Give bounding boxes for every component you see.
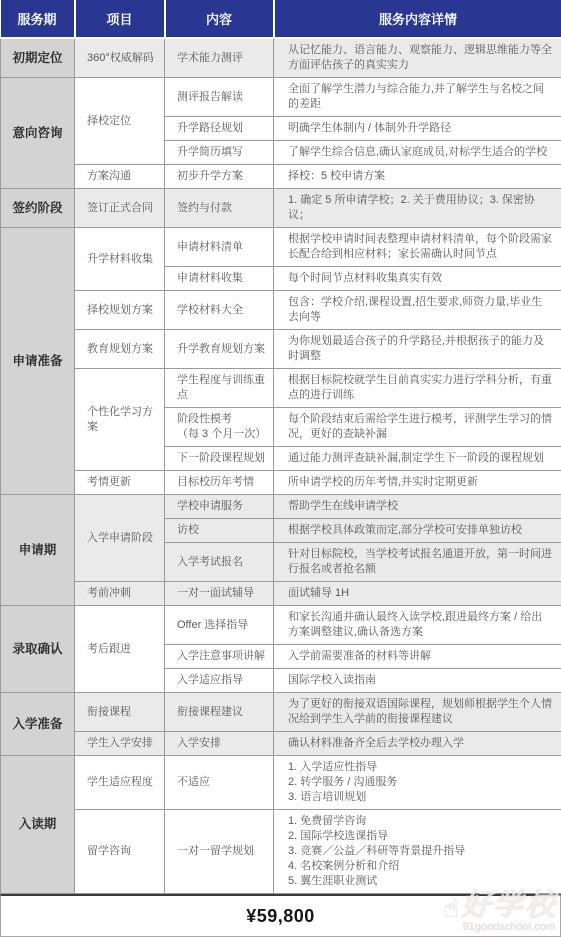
content-cell: 初步升学方案: [165, 165, 274, 189]
detail-cell: 和家长沟通并确认最终入读学校,跟进最终方案 / 给出方案调整建议,确认备选方案: [274, 606, 561, 645]
content-cell: 访校: [165, 519, 274, 543]
detail-cell: 择校：5 校申请方案: [274, 165, 561, 189]
detail-cell: 全面了解学生潜力与综合能力,并了解学生与名校之间的差距: [274, 78, 561, 117]
project-cell: 留学咨询: [75, 810, 165, 894]
content-cell: 申请材料收集: [165, 267, 274, 291]
table-row: 个性化学习方案学生程度与训练重点根据目标院校就学生目前真实实力进行学科分析，有重…: [1, 369, 561, 408]
col-header-detail: 服务内容详情: [274, 0, 561, 38]
detail-cell: 根据学校具体政策而定,部分学校可安排单独访校: [274, 519, 561, 543]
content-cell: Offer 选择指导: [165, 606, 274, 645]
detail-cell: 明确学生体制内 / 体制外升学路径: [274, 117, 561, 141]
table-row: 教育规划方案升学教育规划方案为你规划最适合孩子的升学路径,并根据孩子的能力及时调…: [1, 330, 561, 369]
period-cell: 入读期: [1, 756, 75, 894]
detail-cell: 通过能力测评查缺补漏,制定学生下一阶段的课程规划: [274, 447, 561, 471]
price-label: ¥59,800: [246, 906, 315, 927]
content-cell: 不适应: [165, 756, 274, 810]
period-cell: 意向咨询: [1, 78, 75, 189]
price-bar: ¥59,800: [0, 894, 561, 937]
project-cell: 考后跟进: [75, 606, 165, 693]
detail-cell: 了解学生综合信息,确认家庭成员,对标学生适合的学校: [274, 141, 561, 165]
detail-cell: 为你规划最适合孩子的升学路径,并根据孩子的能力及时调整: [274, 330, 561, 369]
table-row: 录取确认考后跟进Offer 选择指导和家长沟通并确认最终入读学校,跟进最终方案 …: [1, 606, 561, 645]
period-cell: 申请准备: [1, 228, 75, 495]
detail-cell: 每个时间节点材料收集真实有效: [274, 267, 561, 291]
col-header-content: 内容: [165, 0, 274, 38]
table-row: 考情更新目标校历年考情所申请学校的历年考情,并实时定期更新: [1, 471, 561, 495]
content-cell: 签约与付款: [165, 189, 274, 228]
detail-cell: 每个阶段结束后需给学生进行模考，评测学生学习的情况，更好的查缺补漏: [274, 408, 561, 447]
project-cell: 衔接课程: [75, 693, 165, 732]
period-cell: 入学准备: [1, 693, 75, 756]
service-plan-table: 服务期 项目 内容 服务内容详情 初期定位360°权威解码学术能力测评从记忆能力…: [0, 0, 561, 894]
table-row: 入学准备衔接课程衔接课程建议为了更好的衔接双语国际课程，规划师根据学生个人情况给…: [1, 693, 561, 732]
project-cell: 入学申请阶段: [75, 495, 165, 582]
project-cell: 学生适应程度: [75, 756, 165, 810]
table-row: 意向咨询择校定位测评报告解读全面了解学生潜力与综合能力,并了解学生与名校之间的差…: [1, 78, 561, 117]
content-cell: 阶段性模考 （每 3 个月一次）: [165, 408, 274, 447]
project-cell: 个性化学习方案: [75, 369, 165, 471]
content-cell: 目标校历年考情: [165, 471, 274, 495]
detail-cell: 1. 入学适应性指导 2. 转学服务 / 沟通服务 3. 语言培训规划: [274, 756, 561, 810]
content-cell: 一对一留学规划: [165, 810, 274, 894]
detail-cell: 根据学校申请时间表整理申请材料清单，每个阶段需家长配合给到相应材料；家长需确认时…: [274, 228, 561, 267]
col-header-project: 项目: [75, 0, 165, 38]
table-row: 学生入学安排入学安排确认材料准备齐全后去学校办理入学: [1, 732, 561, 756]
content-cell: 入学注意事项讲解: [165, 645, 274, 669]
header-row: 服务期 项目 内容 服务内容详情: [1, 0, 561, 38]
content-cell: 申请材料清单: [165, 228, 274, 267]
project-cell: 教育规划方案: [75, 330, 165, 369]
detail-cell: 国际学校入读指南: [274, 669, 561, 693]
table-row: 入读期学生适应程度不适应1. 入学适应性指导 2. 转学服务 / 沟通服务 3.…: [1, 756, 561, 810]
period-cell: 录取确认: [1, 606, 75, 693]
detail-cell: 根据目标院校就学生目前真实实力进行学科分析，有重点的进行训练: [274, 369, 561, 408]
col-header-service-period: 服务期: [1, 0, 75, 38]
project-cell: 360°权威解码: [75, 38, 165, 78]
content-cell: 测评报告解读: [165, 78, 274, 117]
project-cell: 择校定位: [75, 78, 165, 165]
content-cell: 学校申请服务: [165, 495, 274, 519]
detail-cell: 针对目标院校，当学校考试报名通道开放，第一时间进行报名或者抢名额: [274, 543, 561, 582]
content-cell: 衔接课程建议: [165, 693, 274, 732]
detail-cell: 帮助学生在线申请学校: [274, 495, 561, 519]
project-cell: 升学材料收集: [75, 228, 165, 291]
project-cell: 签订正式合同: [75, 189, 165, 228]
service-plan-page: 服务期 项目 内容 服务内容详情 初期定位360°权威解码学术能力测评从记忆能力…: [0, 0, 561, 937]
detail-cell: 确认材料准备齐全后去学校办理入学: [274, 732, 561, 756]
table-row: 签约阶段签订正式合同签约与付款1. 确定 5 所申请学校；2. 关于费用协议；3…: [1, 189, 561, 228]
detail-cell: 为了更好的衔接双语国际课程，规划师根据学生个人情况给到学生入学前的衔接课程建议: [274, 693, 561, 732]
project-cell: 考情更新: [75, 471, 165, 495]
table-row: 考前冲刺一对一面试辅导面试辅导 1H: [1, 582, 561, 606]
content-cell: 入学安排: [165, 732, 274, 756]
detail-cell: 1. 确定 5 所申请学校；2. 关于费用协议；3. 保密协议；: [274, 189, 561, 228]
detail-cell: 1. 免费留学咨询 2. 国际学校选课指导 3. 竞赛／公益／科研等背景提升指导…: [274, 810, 561, 894]
detail-cell: 入学前需要准备的材料等讲解: [274, 645, 561, 669]
content-cell: 入学适应指导: [165, 669, 274, 693]
table-row: 申请期入学申请阶段学校申请服务帮助学生在线申请学校: [1, 495, 561, 519]
detail-cell: 所申请学校的历年考情,并实时定期更新: [274, 471, 561, 495]
content-cell: 学校材料大全: [165, 291, 274, 330]
table-row: 申请准备升学材料收集申请材料清单根据学校申请时间表整理申请材料清单，每个阶段需家…: [1, 228, 561, 267]
detail-cell: 包含：学校介绍,课程设置,招生要求,师资力量,毕业生去向等: [274, 291, 561, 330]
content-cell: 一对一面试辅导: [165, 582, 274, 606]
table-row: 留学咨询一对一留学规划1. 免费留学咨询 2. 国际学校选课指导 3. 竞赛／公…: [1, 810, 561, 894]
detail-cell: 面试辅导 1H: [274, 582, 561, 606]
project-cell: 考前冲刺: [75, 582, 165, 606]
content-cell: 学生程度与训练重点: [165, 369, 274, 408]
content-cell: 下一阶段课程规划: [165, 447, 274, 471]
content-cell: 升学教育规划方案: [165, 330, 274, 369]
service-table-body: 初期定位360°权威解码学术能力测评从记忆能力、语言能力、观察能力、逻辑思维能力…: [1, 38, 561, 894]
content-cell: 学术能力测评: [165, 38, 274, 78]
project-cell: 方案沟通: [75, 165, 165, 189]
table-row: 方案沟通初步升学方案择校：5 校申请方案: [1, 165, 561, 189]
detail-cell: 从记忆能力、语言能力、观察能力、逻辑思维能力等全方面评估孩子的真实实力: [274, 38, 561, 78]
project-cell: 择校规划方案: [75, 291, 165, 330]
table-row: 初期定位360°权威解码学术能力测评从记忆能力、语言能力、观察能力、逻辑思维能力…: [1, 38, 561, 78]
period-cell: 申请期: [1, 495, 75, 606]
project-cell: 学生入学安排: [75, 732, 165, 756]
content-cell: 升学路径规划: [165, 117, 274, 141]
table-row: 择校规划方案学校材料大全包含：学校介绍,课程设置,招生要求,师资力量,毕业生去向…: [1, 291, 561, 330]
period-cell: 签约阶段: [1, 189, 75, 228]
content-cell: 入学考试报名: [165, 543, 274, 582]
period-cell: 初期定位: [1, 38, 75, 78]
content-cell: 升学简历填写: [165, 141, 274, 165]
